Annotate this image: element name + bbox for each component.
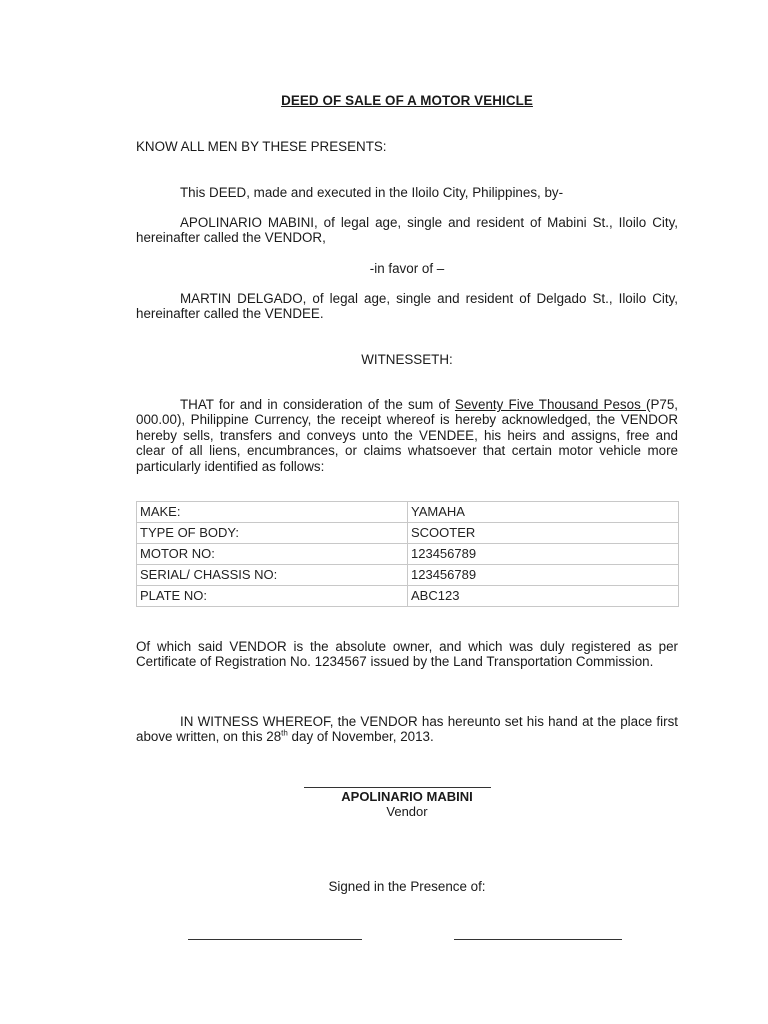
vehicle-field-value: YAMAHA	[408, 502, 679, 523]
ownership-paragraph: Of which said VENDOR is the absolute own…	[136, 639, 678, 670]
vehicle-field-label: TYPE OF BODY:	[137, 523, 408, 544]
witness-2-signature-line	[454, 939, 622, 940]
amount-in-words: Seventy Five Thousand Pesos	[455, 397, 646, 412]
document-title: DEED OF SALE OF A MOTOR VEHICLE	[136, 93, 678, 108]
witness-whereof-paragraph: IN WITNESS WHEREOF, the VENDOR has hereu…	[136, 714, 678, 745]
vendor-role: Vendor	[136, 804, 678, 819]
table-row: MAKE:YAMAHA	[137, 502, 679, 523]
vehicle-field-value: 123456789	[408, 565, 679, 586]
signed-presence: Signed in the Presence of:	[136, 879, 678, 894]
salutation: KNOW ALL MEN BY THESE PRESENTS:	[136, 139, 387, 154]
vehicle-field-value: 123456789	[408, 544, 679, 565]
table-row: SERIAL/ CHASSIS NO:123456789	[137, 565, 679, 586]
intro-paragraph: This DEED, made and executed in the Iloi…	[136, 185, 678, 200]
vehicle-field-label: MOTOR NO:	[137, 544, 408, 565]
in-favor-of: -in favor of –	[136, 261, 678, 276]
vehicle-field-value: ABC123	[408, 586, 679, 607]
vehicle-field-label: PLATE NO:	[137, 586, 408, 607]
vehicle-details-table: MAKE:YAMAHATYPE OF BODY:SCOOTERMOTOR NO:…	[136, 501, 679, 607]
consideration-paragraph: THAT for and in consideration of the sum…	[136, 397, 678, 474]
vehicle-field-label: MAKE:	[137, 502, 408, 523]
table-row: PLATE NO:ABC123	[137, 586, 679, 607]
vendor-name: APOLINARIO MABINI	[136, 789, 678, 804]
vendor-signature-line	[304, 787, 491, 788]
vendee-paragraph: MARTIN DELGADO, of legal age, single and…	[136, 291, 678, 322]
vendor-paragraph: APOLINARIO MABINI, of legal age, single …	[136, 215, 678, 246]
vehicle-field-label: SERIAL/ CHASSIS NO:	[137, 565, 408, 586]
table-row: MOTOR NO:123456789	[137, 544, 679, 565]
table-row: TYPE OF BODY:SCOOTER	[137, 523, 679, 544]
witnesseth-heading: WITNESSETH:	[136, 352, 678, 367]
witness-suffix: day of November, 2013.	[288, 729, 434, 744]
witness-1-signature-line	[188, 939, 362, 940]
consideration-prefix: THAT for and in consideration of the sum…	[180, 397, 455, 412]
ordinal-suffix: th	[281, 729, 288, 738]
vehicle-field-value: SCOOTER	[408, 523, 679, 544]
